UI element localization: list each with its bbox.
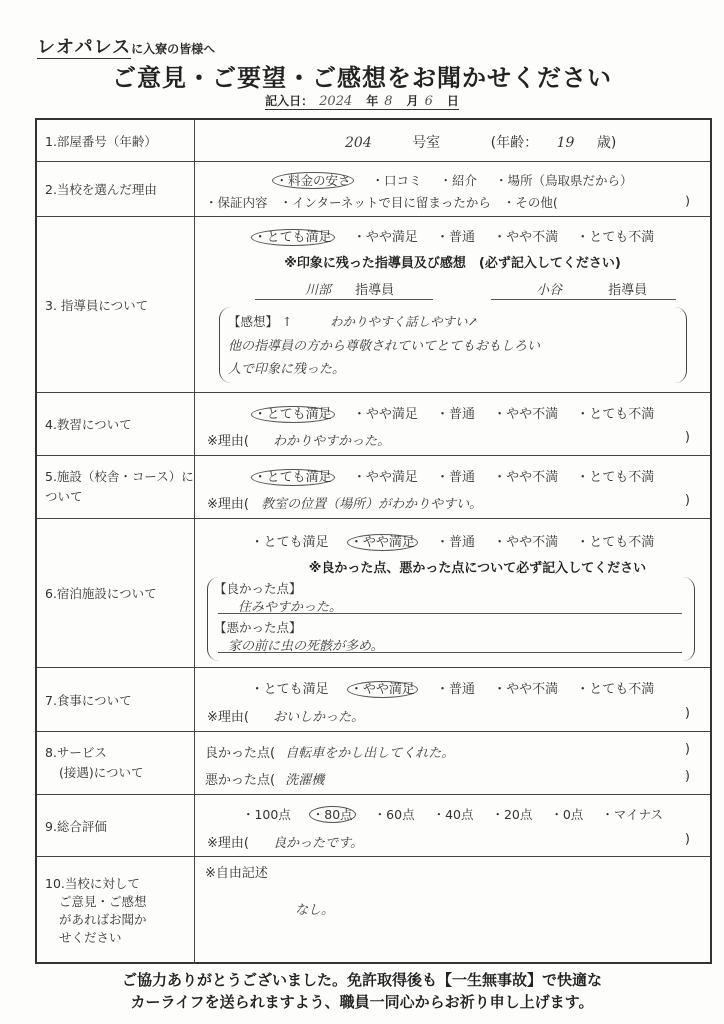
row-facilities: 5.施設（校舎・コース）について ・とても満足 ・やや満足 ・普通 ・やや不満 … bbox=[37, 456, 710, 519]
rating-very-satisfied[interactable]: ・とても満足 bbox=[251, 682, 329, 697]
rating-very-satisfied[interactable]: ・とても満足 bbox=[251, 229, 335, 246]
row-label: 1.部屋番号（年齢） bbox=[37, 120, 195, 161]
instructor-note: ※印象に残った指導員及び感想 (必ず記入してください) bbox=[195, 252, 710, 271]
free-comment-label: ※自由記述 bbox=[205, 862, 268, 881]
meal-reason[interactable]: おいしかった。 bbox=[273, 710, 364, 725]
header-greeting: レオパレスに入寮の皆様へ bbox=[37, 33, 215, 59]
row-label: 4.教習について bbox=[37, 393, 195, 455]
underline bbox=[255, 299, 433, 300]
rating-very-dissatisfied[interactable]: ・とても不満 bbox=[576, 407, 654, 422]
row-label: 7.食事について bbox=[37, 668, 195, 731]
option-other[interactable]: ・その他( bbox=[503, 195, 558, 210]
footer-line-1: ご協力ありがとうございました。免許取得後も【一生無事故】で快適な bbox=[0, 969, 724, 990]
brand-suffix: に入寮の皆様へ bbox=[131, 42, 215, 56]
rating-very-dissatisfied[interactable]: ・とても不満 bbox=[576, 682, 654, 697]
bad-label: 【悪かった点】 bbox=[214, 618, 302, 636]
row-room-number: 1.部屋番号（年齢） 204 号室 (年齢： 19 歳) bbox=[37, 120, 710, 162]
date-day[interactable]: 6 bbox=[425, 94, 433, 109]
room-number-value[interactable]: 204 bbox=[345, 135, 372, 151]
rating-very-dissatisfied[interactable]: ・とても不満 bbox=[576, 230, 654, 245]
service-bad[interactable]: 洗濯機 bbox=[285, 773, 324, 788]
rating-somewhat-satisfied[interactable]: ・やや満足 bbox=[353, 407, 418, 422]
instructor-1-field: 川部 指導員 bbox=[255, 279, 435, 298]
score-minus[interactable]: ・マイナス bbox=[601, 807, 663, 822]
rating-somewhat-dissatisfied[interactable]: ・やや不満 bbox=[493, 407, 558, 422]
rating-somewhat-satisfied[interactable]: ・やや満足 bbox=[353, 230, 418, 245]
row-service: 8.サービス (接遇)について 良かった点( 自転車をかし出してくれた。 ) 悪… bbox=[37, 732, 710, 795]
date-year[interactable]: 2024 bbox=[319, 94, 352, 109]
row-overall-rating: 9.総合評価 ・100点 ・80点 ・60点 ・40点 ・20点 ・0点 ・マイ… bbox=[37, 795, 710, 857]
rating-very-dissatisfied[interactable]: ・とても不満 bbox=[576, 470, 654, 485]
row-lessons: 4.教習について ・とても満足 ・やや満足 ・普通 ・やや不満 ・とても不満 ※… bbox=[37, 393, 710, 456]
row-label: 10.当校に対して bbox=[45, 875, 140, 893]
underline bbox=[491, 299, 676, 300]
survey-table: 1.部屋番号（年齢） 204 号室 (年齢： 19 歳) 2.当校を選んだ理由 … bbox=[35, 118, 712, 964]
impression-text-2[interactable]: 他の指導員の方から尊敬されていてとてもおもしろい bbox=[228, 335, 540, 354]
impression-text-1[interactable]: ↑ わかりやすく話しやすい↗ bbox=[282, 314, 478, 329]
option-referral[interactable]: ・紹介 bbox=[439, 173, 477, 188]
row-instructors: 3. 指導員について ・とても満足 ・やや満足 ・普通 ・やや不満 ・とても不満… bbox=[37, 217, 710, 393]
rating-somewhat-dissatisfied[interactable]: ・やや不満 bbox=[493, 682, 558, 697]
row-label: 8.サービス bbox=[45, 743, 107, 763]
row-label: 3. 指導員について bbox=[37, 217, 195, 392]
row-accommodation: 6.宿泊施設について ・とても満足 ・やや満足 ・普通 ・やや不満 ・とても不満… bbox=[37, 519, 710, 668]
score-60[interactable]: ・60点 bbox=[374, 807, 415, 822]
score-0[interactable]: ・0点 bbox=[550, 807, 583, 822]
rating-neutral[interactable]: ・普通 bbox=[436, 407, 475, 422]
rating-very-satisfied[interactable]: ・とても満足 bbox=[251, 406, 335, 423]
underline bbox=[218, 652, 682, 653]
score-80[interactable]: ・80点 bbox=[309, 806, 356, 823]
row-meals: 7.食事について ・とても満足 ・やや満足 ・普通 ・やや不満 ・とても不満 ※… bbox=[37, 668, 710, 732]
facility-reason[interactable]: 教室の位置（場所）がわかりやすい。 bbox=[261, 497, 482, 512]
page-title: ご意見・ご要望・ご感想をお聞かせください bbox=[0, 58, 724, 93]
good-label: 【良かった点】 bbox=[214, 579, 302, 597]
row-label: 2.当校を選んだ理由 bbox=[37, 162, 195, 216]
instructor-2-name[interactable]: 小谷 bbox=[536, 283, 562, 298]
underline bbox=[218, 613, 682, 614]
row-label: 5.施設（校舎・コース）について bbox=[37, 456, 195, 518]
row-free-comments: 10.当校に対して ご意見・ご感想 があればお聞か せください ※自由記述 なし… bbox=[37, 857, 710, 964]
brand-name: レオパレス bbox=[37, 37, 131, 59]
option-location[interactable]: ・場所（鳥取県だから） bbox=[495, 173, 633, 188]
row-label: 6.宿泊施設について bbox=[37, 519, 195, 667]
rating-very-dissatisfied[interactable]: ・とても不満 bbox=[576, 535, 654, 550]
date-label: 記入日： bbox=[265, 94, 313, 108]
impression-text-3[interactable]: 人で印象に残った。 bbox=[228, 358, 345, 377]
row-label-sub: (接遇)について bbox=[45, 763, 144, 783]
option-word-of-mouth[interactable]: ・口コミ bbox=[371, 173, 421, 188]
impression-box: 【感想】 ↑ わかりやすく話しやすい↗ 他の指導員の方から尊敬されていてとてもお… bbox=[219, 307, 687, 383]
score-100[interactable]: ・100点 bbox=[242, 807, 291, 822]
row-reason-chosen: 2.当校を選んだ理由 ・料金の安さ ・口コミ ・紹介 ・場所（鳥取県だから） ・… bbox=[37, 162, 710, 217]
rating-very-satisfied[interactable]: ・とても満足 bbox=[251, 469, 335, 486]
rating-somewhat-satisfied[interactable]: ・やや満足 bbox=[347, 681, 418, 698]
rating-somewhat-dissatisfied[interactable]: ・やや不満 bbox=[493, 535, 558, 550]
rating-neutral[interactable]: ・普通 bbox=[436, 535, 475, 550]
footer-line-2: カーライフを送られますよう、職員一同心からお祈り申し上げます。 bbox=[0, 991, 724, 1012]
instructor-2-field: 小谷 指導員 bbox=[491, 279, 676, 298]
accommodation-box: 【良かった点】 住みやすかった。 【悪かった点】 家の前に虫の死骸が多め。 bbox=[207, 577, 695, 661]
rating-somewhat-satisfied[interactable]: ・やや満足 bbox=[347, 534, 418, 551]
rating-neutral[interactable]: ・普通 bbox=[436, 682, 475, 697]
score-20[interactable]: ・20点 bbox=[491, 807, 532, 822]
entry-date: 記入日：2024年8月6日 bbox=[0, 92, 724, 109]
option-price[interactable]: ・料金の安さ bbox=[272, 172, 353, 189]
instructor-1-name[interactable]: 川部 bbox=[305, 283, 331, 298]
rating-neutral[interactable]: ・普通 bbox=[436, 230, 475, 245]
rating-very-satisfied[interactable]: ・とても満足 bbox=[251, 535, 329, 550]
rating-somewhat-dissatisfied[interactable]: ・やや不満 bbox=[493, 230, 558, 245]
score-40[interactable]: ・40点 bbox=[433, 807, 474, 822]
rating-neutral[interactable]: ・普通 bbox=[436, 470, 475, 485]
rating-somewhat-dissatisfied[interactable]: ・やや不満 bbox=[493, 470, 558, 485]
overall-reason[interactable]: 良かったです。 bbox=[273, 836, 363, 851]
option-warranty[interactable]: ・保証内容 bbox=[205, 195, 268, 210]
free-comment-text[interactable]: なし。 bbox=[295, 899, 334, 918]
impression-label: 【感想】 bbox=[228, 314, 278, 329]
option-internet[interactable]: ・インターネットで目に留まったから bbox=[280, 195, 491, 210]
age-value[interactable]: 19 bbox=[557, 135, 575, 151]
date-month[interactable]: 8 bbox=[384, 94, 392, 109]
service-good[interactable]: 自転車をかし出してくれた。 bbox=[285, 746, 454, 761]
lesson-reason[interactable]: わかりやすかった。 bbox=[273, 434, 390, 449]
row-label: 9.総合評価 bbox=[37, 795, 195, 856]
rating-somewhat-satisfied[interactable]: ・やや満足 bbox=[353, 470, 418, 485]
accommodation-note: ※良かった点、悪かった点について必ず記入してください bbox=[195, 557, 710, 576]
